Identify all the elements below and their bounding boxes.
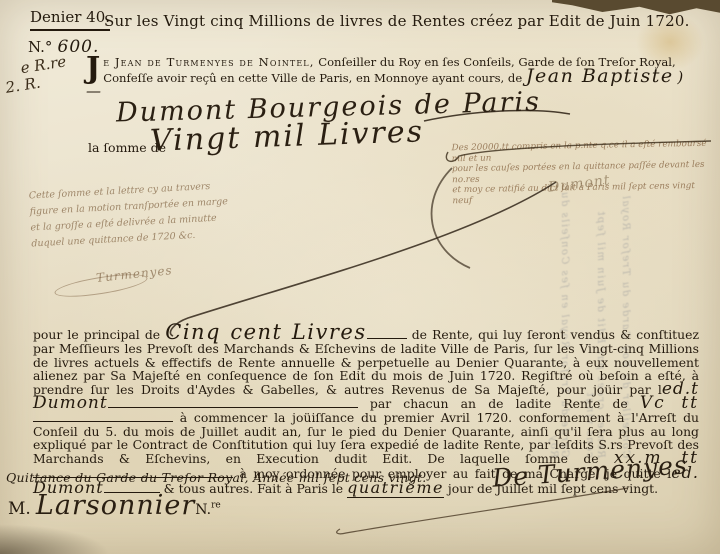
- fill-line: [33, 412, 173, 422]
- body-print: pour le principal de: [33, 327, 165, 342]
- fill-line: [367, 329, 407, 339]
- notary-suffix: N.: [195, 502, 211, 518]
- notary-name: Larsonnier: [36, 490, 195, 521]
- dropcap-J: J: [86, 56, 100, 82]
- margin-shelfmark: e R.re 2. R.: [2, 53, 70, 97]
- quittance-caption: Quittance du Garde du Treſor Royal, Anné…: [6, 470, 427, 485]
- corner-shadow: [0, 524, 110, 554]
- edict-title: Sur les Vingt cinq Millions de livres de…: [104, 12, 690, 30]
- notary-line: M. LarsonnierN.re: [8, 490, 221, 521]
- quittance-document: Denier 40. Sur les Vingt cinq Millions d…: [0, 0, 720, 554]
- fill-line: [108, 398, 358, 408]
- payer-first-name: Jean Baptiste: [526, 65, 674, 87]
- notary-suffix-sup: re: [211, 501, 221, 511]
- body-print: par chacun an de ladite Rente de: [358, 396, 640, 411]
- denier-label: Denier 40.: [30, 8, 110, 31]
- left-margin-note: Cette ſomme et la lettre cy au travers f…: [28, 178, 241, 253]
- number-label: N.°: [28, 38, 52, 56]
- notary-prefix: M.: [8, 499, 31, 519]
- opening-name: e Jean de Turmenyes de Nointel,: [103, 55, 314, 69]
- opening-line2: Confeſſe avoir reçû en cette Ville de Pa…: [103, 71, 522, 85]
